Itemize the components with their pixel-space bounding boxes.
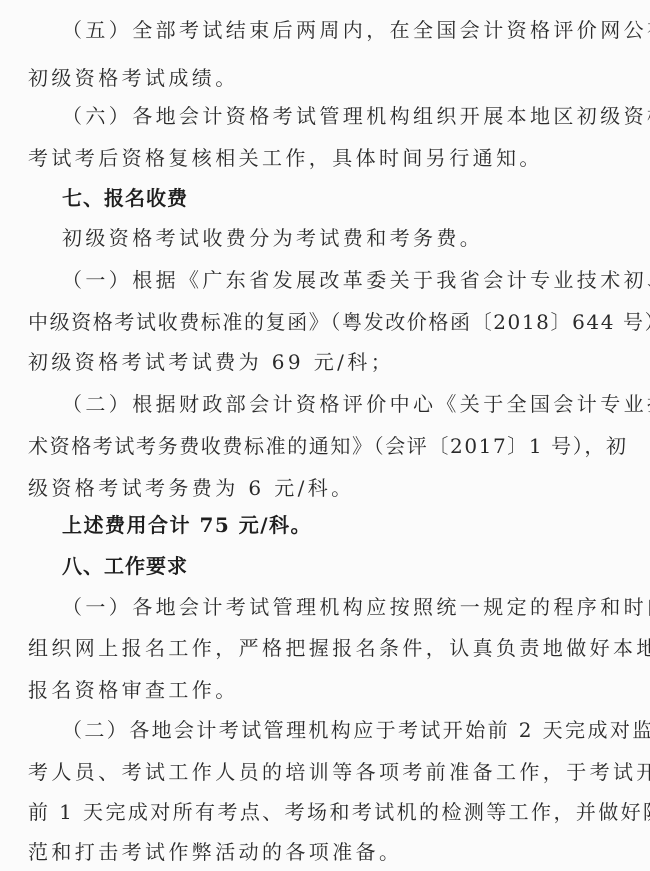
requirement-1-line-1: （一）各地会计考试管理机构应按照统一规定的程序和时间 [62, 595, 622, 619]
requirement-1-line-2: 组织网上报名工作，严格把握报名条件，认真负责地做好本地区 [28, 636, 623, 660]
section-heading-registration-fees: 七、报名收费 [62, 186, 622, 210]
paragraph-6-line-1: （六）各地会计资格考试管理机构组织开展本地区初级资格 [62, 104, 622, 128]
requirement-2-line-4: 范和打击考试作弊活动的各项准备。 [28, 840, 623, 864]
paragraph-6-line-2: 考试考后资格复核相关工作，具体时间另行通知。 [28, 146, 623, 170]
section-heading-work-requirements: 八、工作要求 [62, 554, 622, 578]
paragraph-5-line-1: （五）全部考试结束后两周内，在全国会计资格评价网公布 [62, 18, 622, 42]
requirement-1-line-3: 报名资格审查工作。 [28, 678, 623, 702]
document-page: （五）全部考试结束后两周内，在全国会计资格评价网公布 初级资格考试成绩。 （六）… [0, 0, 650, 871]
paragraph-5-line-2: 初级资格考试成绩。 [28, 66, 623, 90]
requirement-2-line-1: （二）各地会计考试管理机构应于考试开始前 2 天完成对监 [62, 718, 622, 742]
fees-total: 上述费用合计 75 元/科。 [62, 513, 622, 537]
fee-item-2-line-3: 级资格考试考务费为 6 元/科。 [28, 476, 623, 500]
fee-item-1-line-3: 初级资格考试考试费为 69 元/科； [28, 350, 623, 374]
requirement-2-line-3: 前 1 天完成对所有考点、考场和考试机的检测等工作，并做好防 [28, 800, 623, 824]
fee-item-1-line-2: 中级资格考试收费标准的复函》（粤发改价格函〔2018〕644 号）， [28, 310, 623, 334]
fee-item-2-line-2: 术资格考试考务费收费标准的通知》（会评〔2017〕1 号），初 [28, 434, 623, 458]
fee-item-1-line-1: （一）根据《广东省发展改革委关于我省会计专业技术初、 [62, 268, 622, 292]
fee-item-2-line-1: （二）根据财政部会计资格评价中心《关于全国会计专业技 [62, 392, 622, 416]
fees-intro: 初级资格考试收费分为考试费和考务费。 [62, 226, 622, 250]
requirement-2-line-2: 考人员、考试工作人员的培训等各项考前准备工作，于考试开始 [28, 760, 623, 784]
